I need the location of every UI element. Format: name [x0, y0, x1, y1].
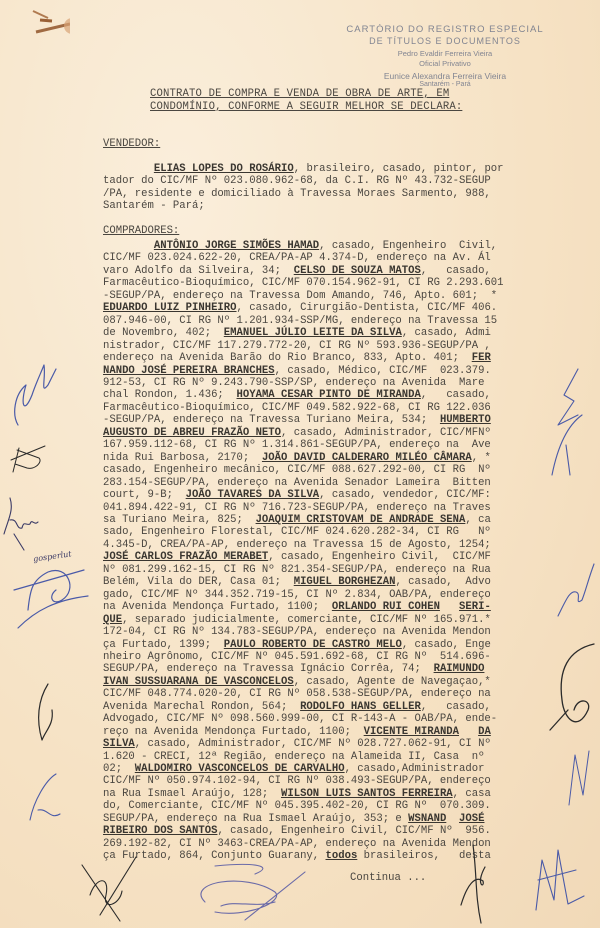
text-line: ANTÔNIO JORGE SIMÕES HAMAD, casado, Enge… — [103, 240, 545, 252]
signature-right-4 — [565, 745, 595, 815]
compradores-heading: COMPRADORES: — [103, 225, 179, 237]
compradores-paragraph: ANTÔNIO JORGE SIMÕES HAMAD, casado, Enge… — [103, 240, 545, 863]
text-line: SILVA, casado, Administrador, CIC/MF Nº … — [103, 738, 545, 750]
signature-bottom-3 — [455, 845, 495, 925]
text-line: Farmacêutico-Bioquímico, CIC/MF 049.582.… — [103, 402, 545, 414]
text-line: varo Adolfo da Silveira, 34; CELSO DE SO… — [103, 265, 545, 277]
signature-bottom-1 — [80, 855, 140, 925]
party-name: JOÃO DAVID CALDERARO MILÉO CÂMARA — [262, 452, 472, 464]
stamp-line: DE TÍTULOS E DOCUMENTOS — [335, 36, 555, 46]
text-line: ça Furtado, 1399; PAULO ROBERTO DE CASTR… — [103, 639, 545, 651]
text-line: 041.894.422-91, CI RG Nº 716.723-SEGUP/P… — [103, 502, 545, 514]
signature-left-2 — [5, 440, 50, 480]
signature-right-2 — [552, 560, 597, 620]
text-line: JOSÉ CARLOS FRAZÃO MERABET, casado, Enge… — [103, 551, 545, 563]
party-name: CELSO DE SOUZA MATOS — [294, 265, 421, 277]
party-name: FER — [472, 352, 491, 364]
signature-bottom-4 — [528, 840, 588, 915]
text-line: SEGUP/PA, endereço na Travessa Ignácio C… — [103, 663, 545, 675]
party-name: WILSON LUIS SANTOS FERREIRA — [281, 788, 453, 800]
text-line: nida Rui Barbosa, 2170; JOÃO DAVID CALDE… — [103, 452, 545, 464]
stamp-line: Oficial Privativo — [335, 59, 555, 68]
party-name: JOÃO TAVARES DA SILVA — [186, 489, 320, 501]
text-line: 087.946-00, CI RG Nº 1.201.934-SSP/MG, e… — [103, 315, 545, 327]
party-name: RAIMUNDO — [434, 663, 485, 675]
party-name: MIGUEL BORGHEZAN — [294, 576, 396, 588]
stamp-line: Eunice Alexandra Ferreira Vieira — [335, 71, 555, 81]
text-line: -SEGUP/PA, endereço na Travessa Turiano … — [103, 414, 545, 426]
stamp-line: CARTÓRIO DO REGISTRO ESPECIAL — [335, 24, 555, 35]
text-line: endereço na Avenida Barão do Rio Branco,… — [103, 352, 545, 364]
text-line: nheiro Agrônomo, CIC/MF Nº 045.591.692-6… — [103, 651, 545, 663]
party-name: NANDO JOSÉ PEREIRA BRANCHES — [103, 365, 275, 377]
text-line: -SEGUP/PA, endereço na Travessa Dom Aman… — [103, 290, 545, 302]
text-line: Nº 081.299.162-15, CI RG Nº 821.354-SEGU… — [103, 564, 545, 576]
vendedor-heading: VENDEDOR: — [103, 138, 160, 150]
text-line: gado, CIC/MF Nº 344.352.719-15, CI Nº 2.… — [103, 589, 545, 601]
text-line: Farmacêutico-Bioquímico, CIC/MF 070.154.… — [103, 277, 545, 289]
text-line: 02; WALDOMIRO VASCONCELOS DE CARVALHO, c… — [103, 763, 545, 775]
party-name: HOYAMA CESAR PINTO DE MIRANDA — [237, 389, 421, 401]
text-line: do, Comerciante, CIC/MF Nº 045.395.402-2… — [103, 800, 545, 812]
party-name: IVAN SUSSUARANA DE VASCONCELOS — [103, 676, 294, 688]
paper-stain — [30, 6, 70, 36]
text-line: 172-04, CI RG Nº 134.783-SEGUP/PA, ender… — [103, 626, 545, 638]
title-line: CONDOMÍNIO, CONFORME A SEGUIR MELHOR SE … — [150, 101, 462, 113]
text-line: sado, Engenheiro Florestal, CIC/MF 024.6… — [103, 526, 545, 538]
text-line: na Rua Ismael Araújo, 128; WILSON LUIS S… — [103, 788, 545, 800]
party-name: WALDOMIRO VASCONCELOS DE CARVALHO — [135, 763, 345, 775]
signature-bottom-2 — [185, 862, 315, 922]
party-name: ORLANDO RUI COHEN — [332, 601, 440, 613]
text-line: court, 9-B; JOÃO TAVARES DA SILVA, casad… — [103, 489, 545, 501]
text-line: sa Turiano Meira, 825; JOAQUIM CRISTOVAM… — [103, 514, 545, 526]
text-line: 4.345-D, CREA/PA-AP, endereço na Travess… — [103, 539, 545, 551]
signature-left-6 — [20, 770, 70, 830]
party-name: QUE — [103, 614, 122, 626]
continua-label: Continua ... — [350, 872, 426, 884]
text-line: casado, Engenheiro mecânico, CIC/MF 088.… — [103, 464, 545, 476]
text-line: QUE, separado judicialmente, comerciante… — [103, 614, 545, 626]
text-line: NANDO JOSÉ PEREIRA BRANCHES, casado, Méd… — [103, 365, 545, 377]
stamp-line: Pedro Evaldir Ferreira Vieira — [335, 49, 555, 58]
party-name: SILVA — [103, 738, 135, 750]
text-line: RIBEIRO DOS SANTOS, casado, Engenheiro C… — [103, 825, 545, 837]
signature-right-1 — [548, 365, 588, 485]
vendedor-paragraph: ELIAS LOPES DO ROSÁRIO, brasileiro, casa… — [103, 163, 545, 213]
signature-left-1 — [10, 355, 60, 435]
signature-left-4 — [8, 550, 88, 630]
party-name: ELIAS LOPES DO ROSÁRIO — [154, 163, 294, 175]
text-line: 912-53, CI RG Nº 9.243.790-SSP/SP, ender… — [103, 377, 545, 389]
stamp-line: Santarém - Pará — [335, 81, 555, 88]
party-name: JOSÉ CARLOS FRAZÃO MERABET — [103, 551, 268, 563]
party-name: JOSÉ — [459, 813, 484, 825]
party-name: DA — [478, 726, 491, 738]
party-name: WSNAND — [408, 813, 446, 825]
party-name: HUMBERTO — [440, 414, 491, 426]
party-name: JOAQUIM CRISTOVAM DE ANDRADE SENA — [256, 514, 466, 526]
text-line: na Avenida Mendonça Furtado, 1100; ORLAN… — [103, 601, 545, 613]
party-name: AUGUSTO DE ABREU FRAZÃO NETO — [103, 427, 281, 439]
party-name: EMANUEL JÚLIO LEITE DA SILVA — [224, 327, 402, 339]
text-line: 1.620 - CRECI, 12ª Região, endereço na A… — [103, 751, 545, 763]
party-name: RIBEIRO DOS SANTOS — [103, 825, 217, 837]
text-line: AUGUSTO DE ABREU FRAZÃO NETO, casado, Ad… — [103, 427, 545, 439]
text-line: SEGUP/PA, endereço na Rua Ismael Araújo,… — [103, 813, 545, 825]
text-line: de Novembro, 402; EMANUEL JÚLIO LEITE DA… — [103, 327, 545, 339]
text-line: EDUARDO LUIZ PINHEIRO, casado, Cirurgião… — [103, 302, 545, 314]
party-name: todos — [326, 850, 358, 862]
text-line: 167.959.112-68, CI RG Nº 1.314.861-SEGUP… — [103, 439, 545, 451]
text-line: CIC/MF Nº 050.974.102-94, CI RG Nº 038.4… — [103, 775, 545, 787]
party-name: RODOLFO HANS GELLER — [300, 701, 421, 713]
party-name: ANTÔNIO JORGE SIMÕES HAMAD — [154, 240, 319, 252]
party-name: SERI- — [459, 601, 491, 613]
contract-title: CONTRATO DE COMPRA E VENDA DE OBRA DE AR… — [150, 88, 495, 114]
text-line: Advogado, CIC/MF Nº 098.560.999-00, CI R… — [103, 713, 545, 725]
party-name: PAULO ROBERTO DE CASTRO MELO — [224, 639, 402, 651]
text-line: IVAN SUSSUARANA DE VASCONCELOS, casado, … — [103, 676, 545, 688]
text-line: CIC/MF 023.024.622-20, CREA/PA-AP 4.374-… — [103, 252, 545, 264]
text-line: Belém, Vila do DER, Casa 01; MIGUEL BORG… — [103, 576, 545, 588]
text-line: chal Rondon, 1.436; HOYAMA CESAR PINTO D… — [103, 389, 545, 401]
text-line: 283.154-SEGUP/PA, endereço na Avenida Se… — [103, 477, 545, 489]
signature-left-3 — [0, 490, 45, 550]
party-name: EDUARDO LUIZ PINHEIRO — [103, 302, 237, 314]
party-name: VICENTE MIRANDA — [364, 726, 459, 738]
notary-stamp: CARTÓRIO DO REGISTRO ESPECIAL DE TÍTULOS… — [335, 24, 555, 88]
signature-left-5 — [28, 680, 68, 750]
signature-right-3 — [548, 640, 598, 740]
text-line: nistrador, CIC/MF 117.279.772-20, CI RG … — [103, 340, 545, 352]
title-line: CONTRATO DE COMPRA E VENDA DE OBRA DE AR… — [150, 88, 449, 100]
text-line: CIC/MF 048.774.020-20, CI RG Nº 058.538-… — [103, 688, 545, 700]
text-line: reço na Avenida Mendonça Furtado, 1100; … — [103, 726, 545, 738]
text-line: Avenida Marechal Rondon, 564; RODOLFO HA… — [103, 701, 545, 713]
